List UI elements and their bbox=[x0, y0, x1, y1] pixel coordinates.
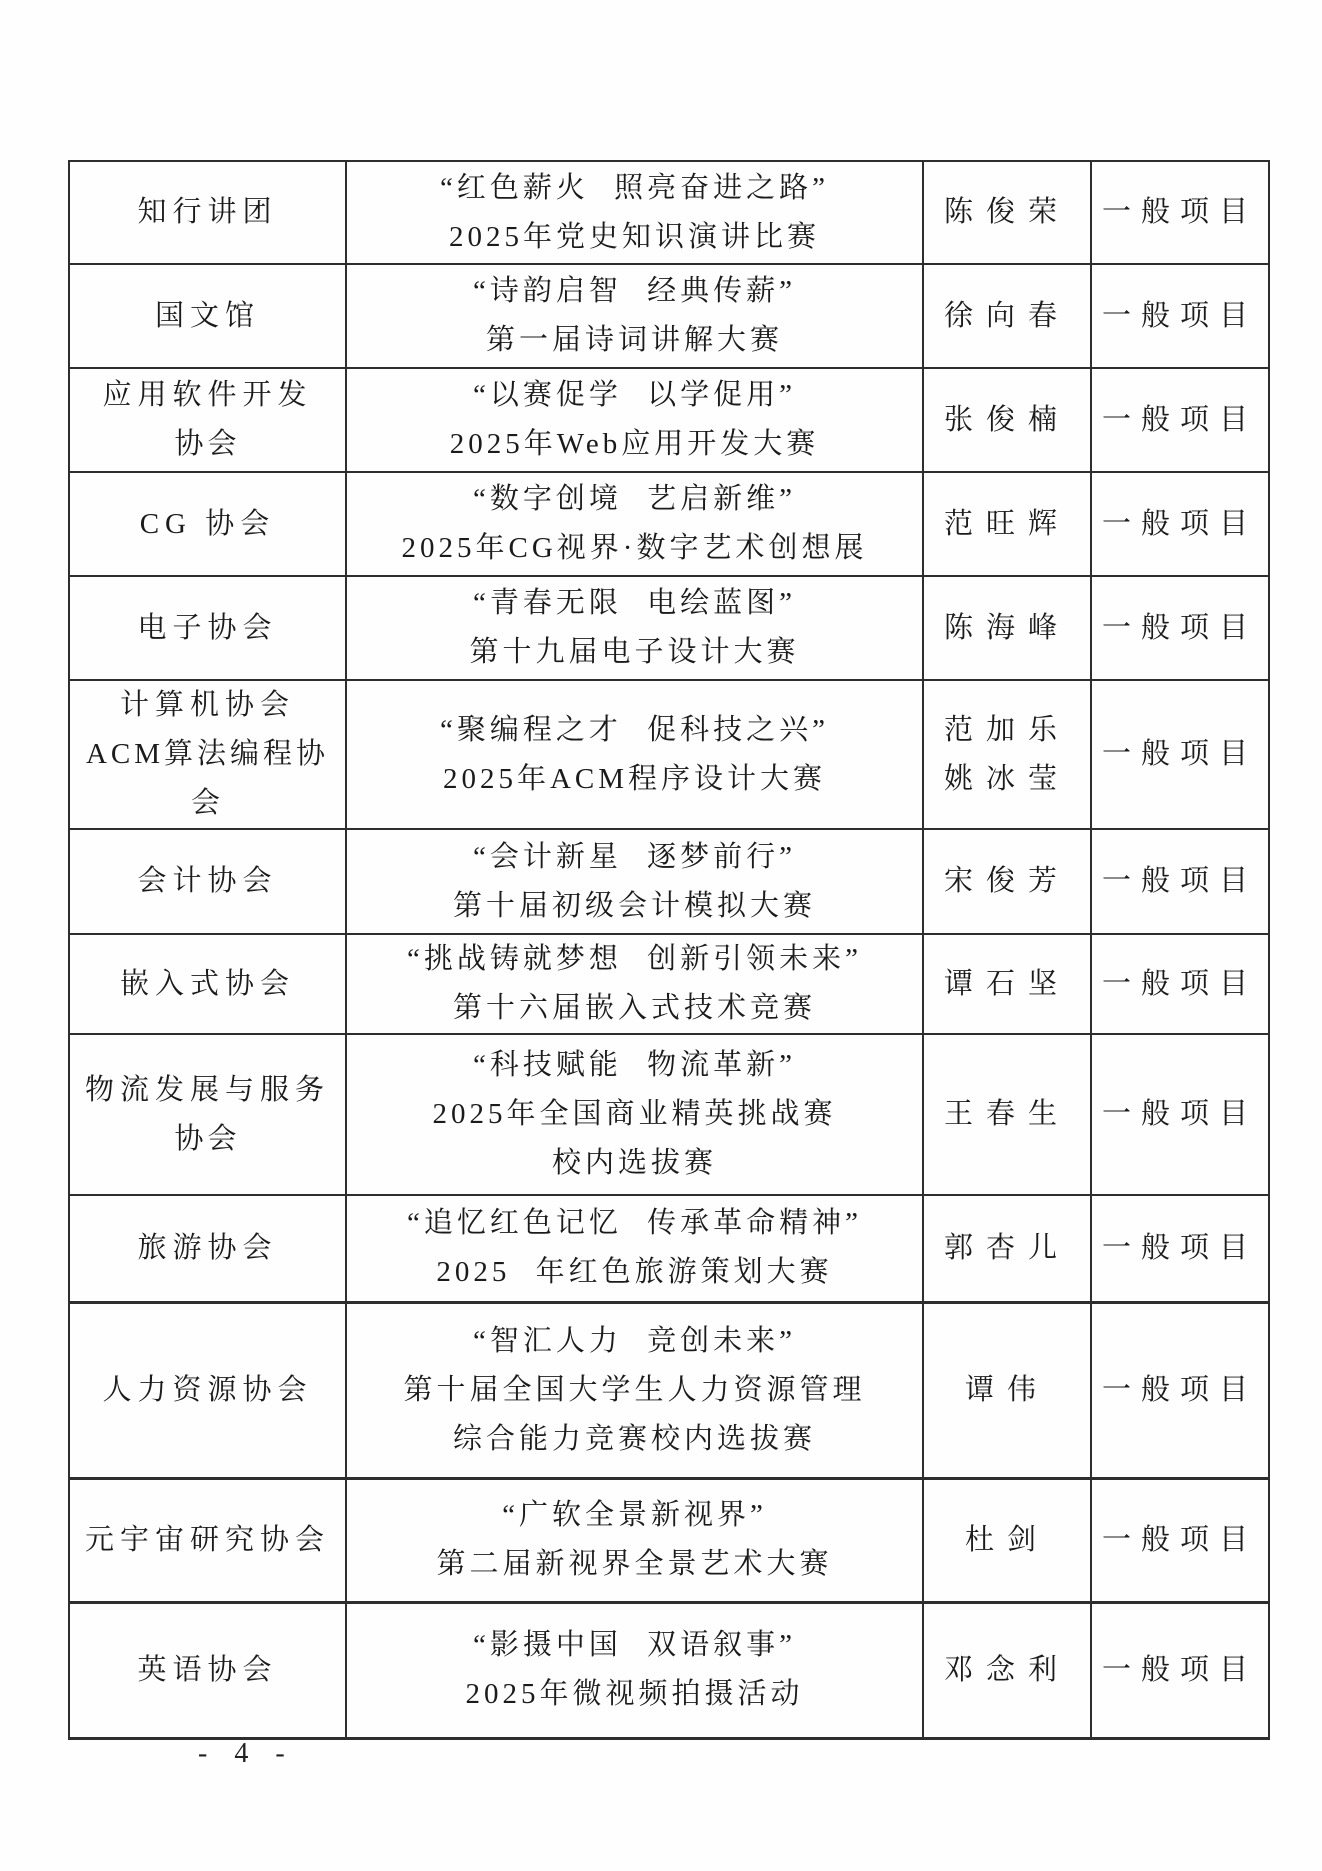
club-cell: CG 协会 bbox=[69, 472, 346, 576]
activity-line: “红色薪火 照亮奋进之路” bbox=[351, 164, 918, 213]
table-row: 国文馆 “诗韵启智 经典传薪”第一届诗词讲解大赛 徐向春 一般项目 bbox=[69, 264, 1269, 368]
club-line: 计算机协会 bbox=[74, 681, 341, 730]
activity-line: “会计新星 逐梦前行” bbox=[351, 833, 918, 882]
activity-line: “广软全景新视界” bbox=[351, 1491, 918, 1540]
activity-line: 2025年全国商业精英挑战赛 bbox=[351, 1090, 918, 1139]
project-type-cell: 一般项目 bbox=[1091, 680, 1269, 829]
activity-line: 2025年ACM程序设计大赛 bbox=[351, 755, 918, 804]
club-line: 电子协会 bbox=[74, 604, 341, 653]
table-row: 应用软件开发协会 “以赛促学 以学促用”2025年Web应用开发大赛 张俊楠 一… bbox=[69, 368, 1269, 472]
club-line: 国文馆 bbox=[74, 292, 341, 341]
table-row: 英语协会 “影摄中国 双语叙事”2025年微视频拍摄活动 邓念利 一般项目 bbox=[69, 1602, 1269, 1738]
leader-line: 范旺辉 bbox=[928, 500, 1086, 549]
leader-cell: 张俊楠 bbox=[923, 368, 1091, 472]
activity-line: 第十六届嵌入式技术竞赛 bbox=[351, 984, 918, 1033]
activity-cell: “红色薪火 照亮奋进之路”2025年党史知识演讲比赛 bbox=[346, 161, 923, 264]
leader-line: 范加乐 bbox=[928, 706, 1086, 755]
activity-cell: “聚编程之才 促科技之兴”2025年ACM程序设计大赛 bbox=[346, 680, 923, 829]
activity-line: 第十届全国大学生人力资源管理 bbox=[351, 1366, 918, 1415]
activity-line: “诗韵启智 经典传薪” bbox=[351, 267, 918, 316]
activity-line: “挑战铸就梦想 创新引领未来” bbox=[351, 935, 918, 984]
leader-line: 张俊楠 bbox=[928, 396, 1086, 445]
project-type-cell: 一般项目 bbox=[1091, 576, 1269, 680]
project-type-cell: 一般项目 bbox=[1091, 161, 1269, 264]
projects-table: 知行讲团 “红色薪火 照亮奋进之路”2025年党史知识演讲比赛 陈俊荣 一般项目… bbox=[68, 160, 1270, 1740]
table-row: 元宇宙研究协会 “广软全景新视界”第二届新视界全景艺术大赛 杜剑 一般项目 bbox=[69, 1478, 1269, 1602]
club-cell: 会计协会 bbox=[69, 829, 346, 934]
club-cell: 知行讲团 bbox=[69, 161, 346, 264]
club-cell: 人力资源协会 bbox=[69, 1302, 346, 1478]
activity-cell: “诗韵启智 经典传薪”第一届诗词讲解大赛 bbox=[346, 264, 923, 368]
table-row: 嵌入式协会 “挑战铸就梦想 创新引领未来”第十六届嵌入式技术竞赛 谭石坚 一般项… bbox=[69, 934, 1269, 1034]
leader-line: 谭石坚 bbox=[928, 960, 1086, 1009]
leader-line: 郭杏儿 bbox=[928, 1224, 1086, 1273]
leader-cell: 王春生 bbox=[923, 1034, 1091, 1195]
project-type-cell: 一般项目 bbox=[1091, 1302, 1269, 1478]
project-type-cell: 一般项目 bbox=[1091, 1195, 1269, 1302]
leader-line: 杜剑 bbox=[928, 1516, 1086, 1565]
project-type-cell: 一般项目 bbox=[1091, 264, 1269, 368]
activity-cell: “挑战铸就梦想 创新引领未来”第十六届嵌入式技术竞赛 bbox=[346, 934, 923, 1034]
club-line: 应用软件开发 bbox=[74, 371, 341, 420]
table-row: 知行讲团 “红色薪火 照亮奋进之路”2025年党史知识演讲比赛 陈俊荣 一般项目 bbox=[69, 161, 1269, 264]
activity-cell: “影摄中国 双语叙事”2025年微视频拍摄活动 bbox=[346, 1602, 923, 1738]
leader-cell: 邓念利 bbox=[923, 1602, 1091, 1738]
activity-line: 2025年党史知识演讲比赛 bbox=[351, 213, 918, 262]
project-type-cell: 一般项目 bbox=[1091, 1478, 1269, 1602]
leader-line: 姚冰莹 bbox=[928, 755, 1086, 804]
activity-line: 第十九届电子设计大赛 bbox=[351, 628, 918, 677]
activity-cell: “会计新星 逐梦前行”第十届初级会计模拟大赛 bbox=[346, 829, 923, 934]
table-row: 物流发展与服务协会 “科技赋能 物流革新”2025年全国商业精英挑战赛校内选拔赛… bbox=[69, 1034, 1269, 1195]
leader-cell: 郭杏儿 bbox=[923, 1195, 1091, 1302]
club-line: 会计协会 bbox=[74, 857, 341, 906]
activity-line: “追忆红色记忆 传承革命精神” bbox=[351, 1199, 918, 1248]
project-type-cell: 一般项目 bbox=[1091, 1602, 1269, 1738]
activity-line: “科技赋能 物流革新” bbox=[351, 1041, 918, 1090]
activity-cell: “数字创境 艺启新维”2025年CG视界·数字艺术创想展 bbox=[346, 472, 923, 576]
table-row: CG 协会 “数字创境 艺启新维”2025年CG视界·数字艺术创想展 范旺辉 一… bbox=[69, 472, 1269, 576]
club-cell: 旅游协会 bbox=[69, 1195, 346, 1302]
activity-line: “青春无限 电绘蓝图” bbox=[351, 579, 918, 628]
activity-line: 2025年CG视界·数字艺术创想展 bbox=[351, 524, 918, 573]
activity-cell: “科技赋能 物流革新”2025年全国商业精英挑战赛校内选拔赛 bbox=[346, 1034, 923, 1195]
club-cell: 物流发展与服务协会 bbox=[69, 1034, 346, 1195]
club-cell: 应用软件开发协会 bbox=[69, 368, 346, 472]
club-line: ACM算法编程协会 bbox=[74, 730, 341, 828]
project-type-cell: 一般项目 bbox=[1091, 472, 1269, 576]
club-line: 知行讲团 bbox=[74, 188, 341, 237]
leader-line: 宋俊芳 bbox=[928, 857, 1086, 906]
activity-line: “以赛促学 以学促用” bbox=[351, 371, 918, 420]
leader-line: 王春生 bbox=[928, 1090, 1086, 1139]
table-row: 计算机协会ACM算法编程协会 “聚编程之才 促科技之兴”2025年ACM程序设计… bbox=[69, 680, 1269, 829]
club-line: 旅游协会 bbox=[74, 1224, 341, 1273]
page-number: - 4 - bbox=[198, 1738, 289, 1770]
leader-line: 谭伟 bbox=[928, 1366, 1086, 1415]
table-row: 人力资源协会 “智汇人力 竞创未来”第十届全国大学生人力资源管理综合能力竞赛校内… bbox=[69, 1302, 1269, 1478]
club-line: 协会 bbox=[74, 1115, 341, 1164]
club-cell: 元宇宙研究协会 bbox=[69, 1478, 346, 1602]
activity-cell: “广软全景新视界”第二届新视界全景艺术大赛 bbox=[346, 1478, 923, 1602]
leader-cell: 范加乐姚冰莹 bbox=[923, 680, 1091, 829]
leader-line: 陈俊荣 bbox=[928, 188, 1086, 237]
leader-cell: 陈俊荣 bbox=[923, 161, 1091, 264]
document-page: 知行讲团 “红色薪火 照亮奋进之路”2025年党史知识演讲比赛 陈俊荣 一般项目… bbox=[0, 0, 1322, 1871]
activity-cell: “以赛促学 以学促用”2025年Web应用开发大赛 bbox=[346, 368, 923, 472]
activity-line: 第二届新视界全景艺术大赛 bbox=[351, 1540, 918, 1589]
club-cell: 电子协会 bbox=[69, 576, 346, 680]
activity-line: 第一届诗词讲解大赛 bbox=[351, 316, 918, 365]
leader-cell: 范旺辉 bbox=[923, 472, 1091, 576]
club-line: 物流发展与服务 bbox=[74, 1066, 341, 1115]
leader-line: 邓念利 bbox=[928, 1646, 1086, 1695]
activity-line: “智汇人力 竞创未来” bbox=[351, 1317, 918, 1366]
activity-line: 2025 年红色旅游策划大赛 bbox=[351, 1248, 918, 1297]
leader-cell: 谭伟 bbox=[923, 1302, 1091, 1478]
activity-line: 第十届初级会计模拟大赛 bbox=[351, 882, 918, 931]
activity-line: “聚编程之才 促科技之兴” bbox=[351, 706, 918, 755]
project-type-cell: 一般项目 bbox=[1091, 1034, 1269, 1195]
project-type-cell: 一般项目 bbox=[1091, 934, 1269, 1034]
activity-line: 2025年微视频拍摄活动 bbox=[351, 1670, 918, 1719]
activity-line: “数字创境 艺启新维” bbox=[351, 475, 918, 524]
club-cell: 国文馆 bbox=[69, 264, 346, 368]
project-type-cell: 一般项目 bbox=[1091, 829, 1269, 934]
leader-line: 徐向春 bbox=[928, 292, 1086, 341]
leader-cell: 谭石坚 bbox=[923, 934, 1091, 1034]
club-cell: 英语协会 bbox=[69, 1602, 346, 1738]
leader-cell: 杜剑 bbox=[923, 1478, 1091, 1602]
leader-line: 陈海峰 bbox=[928, 604, 1086, 653]
leader-cell: 徐向春 bbox=[923, 264, 1091, 368]
club-line: 英语协会 bbox=[74, 1646, 341, 1695]
activity-cell: “追忆红色记忆 传承革命精神”2025 年红色旅游策划大赛 bbox=[346, 1195, 923, 1302]
club-line: 元宇宙研究协会 bbox=[74, 1516, 341, 1565]
club-cell: 嵌入式协会 bbox=[69, 934, 346, 1034]
activity-line: 2025年Web应用开发大赛 bbox=[351, 420, 918, 469]
activity-line: “影摄中国 双语叙事” bbox=[351, 1621, 918, 1670]
table-row: 旅游协会 “追忆红色记忆 传承革命精神”2025 年红色旅游策划大赛 郭杏儿 一… bbox=[69, 1195, 1269, 1302]
activity-cell: “智汇人力 竞创未来”第十届全国大学生人力资源管理综合能力竞赛校内选拔赛 bbox=[346, 1302, 923, 1478]
leader-cell: 陈海峰 bbox=[923, 576, 1091, 680]
club-line: 人力资源协会 bbox=[74, 1366, 341, 1415]
club-line: 嵌入式协会 bbox=[74, 960, 341, 1009]
club-line: 协会 bbox=[74, 420, 341, 469]
project-type-cell: 一般项目 bbox=[1091, 368, 1269, 472]
table-row: 电子协会 “青春无限 电绘蓝图”第十九届电子设计大赛 陈海峰 一般项目 bbox=[69, 576, 1269, 680]
activity-line: 综合能力竞赛校内选拔赛 bbox=[351, 1415, 918, 1464]
club-cell: 计算机协会ACM算法编程协会 bbox=[69, 680, 346, 829]
leader-cell: 宋俊芳 bbox=[923, 829, 1091, 934]
club-line: CG 协会 bbox=[74, 500, 341, 549]
table-row: 会计协会 “会计新星 逐梦前行”第十届初级会计模拟大赛 宋俊芳 一般项目 bbox=[69, 829, 1269, 934]
activity-cell: “青春无限 电绘蓝图”第十九届电子设计大赛 bbox=[346, 576, 923, 680]
activity-line: 校内选拔赛 bbox=[351, 1139, 918, 1188]
